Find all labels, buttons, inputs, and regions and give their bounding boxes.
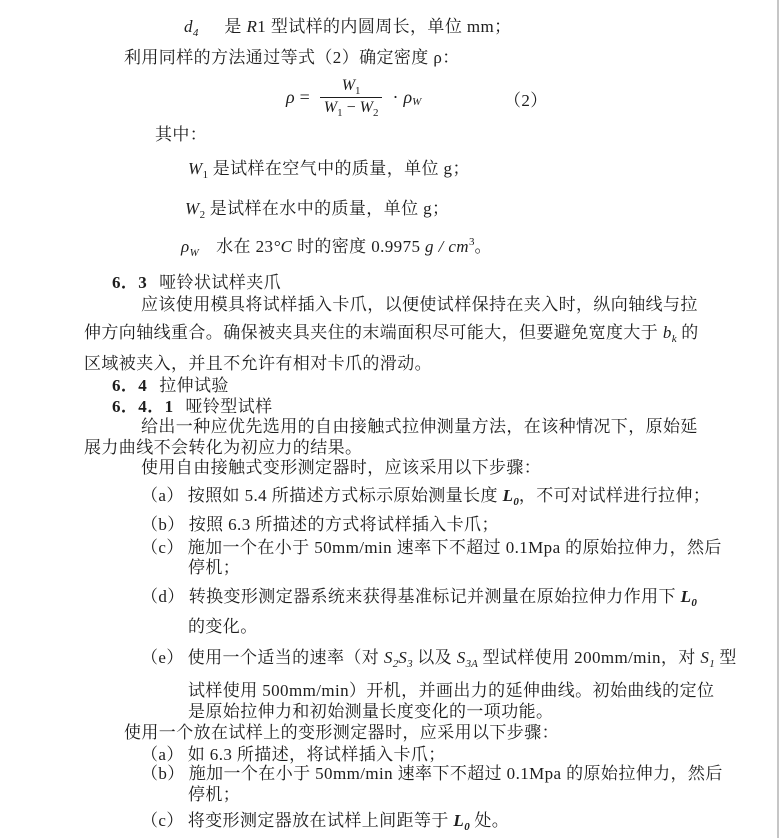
symbol-w2: W — [185, 199, 200, 218]
definition-w2-line: W2 是试样在水中的质量，单位 g； — [185, 198, 449, 222]
rho-w-symbol: ρ — [403, 87, 412, 108]
list2-item-a: （a）如 6.3 所描述，将试样插入卡爪； — [141, 744, 446, 765]
fraction-numerator: W1 — [338, 76, 365, 97]
list1-item-e-post: 型 — [715, 648, 737, 667]
denominator-w1: W — [324, 99, 337, 116]
symbol-l0: L — [503, 486, 514, 505]
symbol-d-subscript: 4 — [193, 27, 199, 39]
rho-symbol: ρ — [286, 87, 295, 108]
list1-item-e-pre: 使用一个适当的速率（对 — [188, 648, 384, 667]
paragraph-6-4-1-line-3: 使用自由接触式变形测定器时，应该采用以下步骤： — [141, 457, 541, 478]
method-sentence: 利用同样的方法通过等式（2）确定密度 ρ： — [124, 47, 460, 68]
symbol-rho-w: ρ — [181, 237, 190, 256]
list1-item-e-continuation-2: 是原始拉伸力和初始测量长度变化的一项功能。 — [188, 701, 553, 722]
symbol-s2: S — [384, 648, 393, 667]
list1-item-a: （a）按照如 5.4 所描述方式标示原始测量长度 L0，不可对试样进行拉伸； — [141, 485, 710, 509]
list1-item-c-text: 施加一个在小于 50mm/min 速率下不超过 0.1Mpa 的原始拉伸力，然后 — [188, 538, 722, 557]
definition-w1-text: 是试样在空气中的质量，单位 g； — [208, 159, 470, 178]
symbol-s1: S — [700, 648, 709, 667]
symbol-b-subscript: k — [672, 333, 677, 345]
list1-item-c: （c）施加一个在小于 50mm/min 速率下不超过 0.1Mpa 的原始拉伸力… — [141, 537, 722, 558]
list2-item-c-label: （c） — [141, 811, 184, 830]
list1-item-c-label: （c） — [141, 538, 184, 557]
equals-sign: = — [300, 87, 310, 108]
heading-6-3-number: 6．3 — [112, 273, 147, 292]
unit-cube-superscript: 3 — [469, 236, 475, 248]
list1-item-a-label: （a） — [141, 486, 184, 505]
symbol-w1-subscript: 1 — [203, 169, 209, 181]
list2-item-a-label: （a） — [141, 745, 184, 764]
list1-item-b-text: 按照 6.3 所描述的方式将试样插入卡爪； — [189, 515, 499, 534]
symbol-d: d — [184, 17, 193, 36]
unit-g-per-cm: g / cm — [425, 237, 469, 256]
heading-6-4: 6．4拉伸试验 — [112, 375, 229, 396]
scan-edge-line — [777, 0, 779, 838]
definition-d4-line: d4是 R1 型试样的内圆周长，单位 mm； — [184, 16, 512, 40]
list1-item-e-label: （e） — [141, 648, 184, 667]
rhow-text-end: 。 — [474, 237, 491, 256]
symbol-b: b — [663, 323, 672, 342]
rhow-text-mid: 时的密度 0.9975 — [292, 237, 425, 256]
symbol-s1-subscript: 1 — [709, 658, 715, 670]
heading-6-4-1-title: 哑铃型试样 — [186, 397, 273, 416]
list2-item-c-pre: 将变形测定器放在试样上间距等于 — [188, 811, 454, 830]
rho-w-subscript: W — [412, 96, 421, 108]
p63-line2-post: 的 — [677, 323, 699, 342]
where-label: 其中： — [155, 124, 207, 145]
list1-item-b-label: （b） — [141, 515, 185, 534]
definition-w2-text: 是试样在水中的质量，单位 g； — [205, 199, 449, 218]
symbol-l0-subscript: 0 — [513, 496, 519, 508]
definition-text-post: 1 型试样的内圆周长，单位 mm； — [257, 17, 511, 36]
list1-item-a-pre: 按照如 5.4 所描述方式标示原始测量长度 — [188, 486, 503, 505]
list2-item-b-label: （b） — [141, 764, 185, 783]
list2-item-b-continuation: 停机； — [188, 784, 240, 805]
paragraph-6-4-1-line-1: 给出一种应优先选用的自由接触式拉伸测量方法，在该种情况下，原始延 — [141, 416, 698, 437]
list1-item-d: （d）转换变形测定器系统来获得基准标记并测量在原始拉伸力作用下 L0 — [141, 586, 697, 610]
symbol-w1: W — [188, 159, 203, 178]
heading-6-4-title: 拉伸试验 — [159, 376, 229, 395]
list2-item-c: （c）将变形测定器放在试样上间距等于 L0 处。 — [141, 810, 509, 834]
heading-6-3-title: 哑铃状试样夹爪 — [159, 273, 281, 292]
symbol-w2-subscript: 2 — [200, 209, 206, 221]
symbol-l0-subscript: 0 — [464, 821, 470, 833]
denominator-w2-subscript: 2 — [373, 107, 379, 119]
definition-text-pre: 是 — [224, 17, 246, 36]
definition-w1-line: W1 是试样在空气中的质量，单位 g； — [188, 158, 470, 182]
symbol-r: R — [246, 17, 257, 36]
contact-extensometer-sentence: 使用一个放在试样上的变形测定器时，应采用以下步骤： — [124, 722, 559, 743]
p63-line2-pre: 伸方向轴线重合。确保被夹具夹住的末端面积尽可能大，但要避免宽度大于 — [84, 323, 663, 342]
heading-6-3: 6．3哑铃状试样夹爪 — [112, 272, 281, 293]
paragraph-6-3-line-1: 应该使用模具将试样插入卡爪，以便使试样保持在夹入时，纵向轴线与拉 — [141, 294, 698, 315]
fraction: W1 W1 − W2 — [320, 76, 383, 119]
symbol-l0: L — [681, 587, 692, 606]
list2-item-b-text: 施加一个在小于 50mm/min 速率下不超过 0.1Mpa 的原始拉伸力，然后 — [189, 764, 723, 783]
symbol-s3-subscript: 3 — [407, 658, 413, 670]
denominator-w1-subscript: 1 — [337, 107, 343, 119]
list1-item-e: （e）使用一个适当的速率（对 S2S3 以及 S3A 型试样使用 200mm/m… — [141, 647, 737, 671]
numerator-w-subscript: 1 — [355, 85, 361, 97]
fraction-denominator: W1 − W2 — [320, 98, 383, 119]
list1-item-e-continuation-1: 试样使用 500mm/min）开机，并画出力的延伸曲线。初始曲线的定位 — [188, 680, 714, 701]
minus-sign: − — [343, 99, 360, 116]
list2-item-c-post: 处。 — [470, 811, 509, 830]
symbol-rho-w-subscript: W — [190, 247, 199, 259]
list1-item-d-continuation: 的变化。 — [188, 616, 258, 637]
equation-number: （2） — [504, 90, 548, 111]
symbol-s3: S — [398, 648, 407, 667]
definition-rhow-line: ρW 水在 23°C 时的密度 0.9975 g / cm3。 — [181, 236, 492, 260]
list1-item-e-mid2: 型试样使用 200mm/min，对 — [478, 648, 700, 667]
symbol-s3a-subscript: 3A — [466, 658, 478, 670]
list1-item-d-label: （d） — [141, 587, 185, 606]
list2-item-a-text: 如 6.3 所描述，将试样插入卡爪； — [188, 745, 446, 764]
symbol-l0-subscript: 0 — [691, 597, 697, 609]
list1-item-c-continuation: 停机； — [188, 557, 240, 578]
heading-6-4-1: 6．4．1哑铃型试样 — [112, 396, 273, 417]
symbol-s2-subscript: 2 — [393, 658, 399, 670]
list1-item-e-mid1: 以及 — [413, 648, 457, 667]
numerator-w: W — [342, 77, 355, 94]
list1-item-a-post: ，不可对试样进行拉伸； — [519, 486, 710, 505]
multiplication-dot: · — [392, 87, 398, 108]
document-page: d4是 R1 型试样的内圆周长，单位 mm； 利用同样的方法通过等式（2）确定密… — [0, 0, 780, 838]
heading-6-4-1-number: 6．4．1 — [112, 397, 174, 416]
density-equation: ρ = W1 W1 − W2 · ρW — [286, 76, 421, 119]
list1-item-d-pre: 转换变形测定器系统来获得基准标记并测量在原始拉伸力作用下 — [189, 587, 681, 606]
paragraph-6-3-line-2: 伸方向轴线重合。确保被夹具夹住的末端面积尽可能大，但要避免宽度大于 bk 的 — [84, 322, 699, 346]
list2-item-b: （b）施加一个在小于 50mm/min 速率下不超过 0.1Mpa 的原始拉伸力… — [141, 763, 723, 784]
paragraph-6-3-line-3: 区域被夹入，并且不允许有相对卡爪的滑动。 — [84, 353, 432, 374]
symbol-s3a: S — [457, 648, 466, 667]
rhow-text-pre: 水在 23 — [199, 237, 274, 256]
list1-item-b: （b）按照 6.3 所描述的方式将试样插入卡爪； — [141, 514, 499, 535]
paragraph-6-4-1-line-2: 展力曲线不会转化为初应力的结果。 — [84, 437, 362, 458]
denominator-w2: W — [360, 99, 373, 116]
heading-6-4-number: 6．4 — [112, 376, 147, 395]
degree-celsius: °C — [273, 237, 292, 256]
symbol-l0: L — [453, 811, 464, 830]
